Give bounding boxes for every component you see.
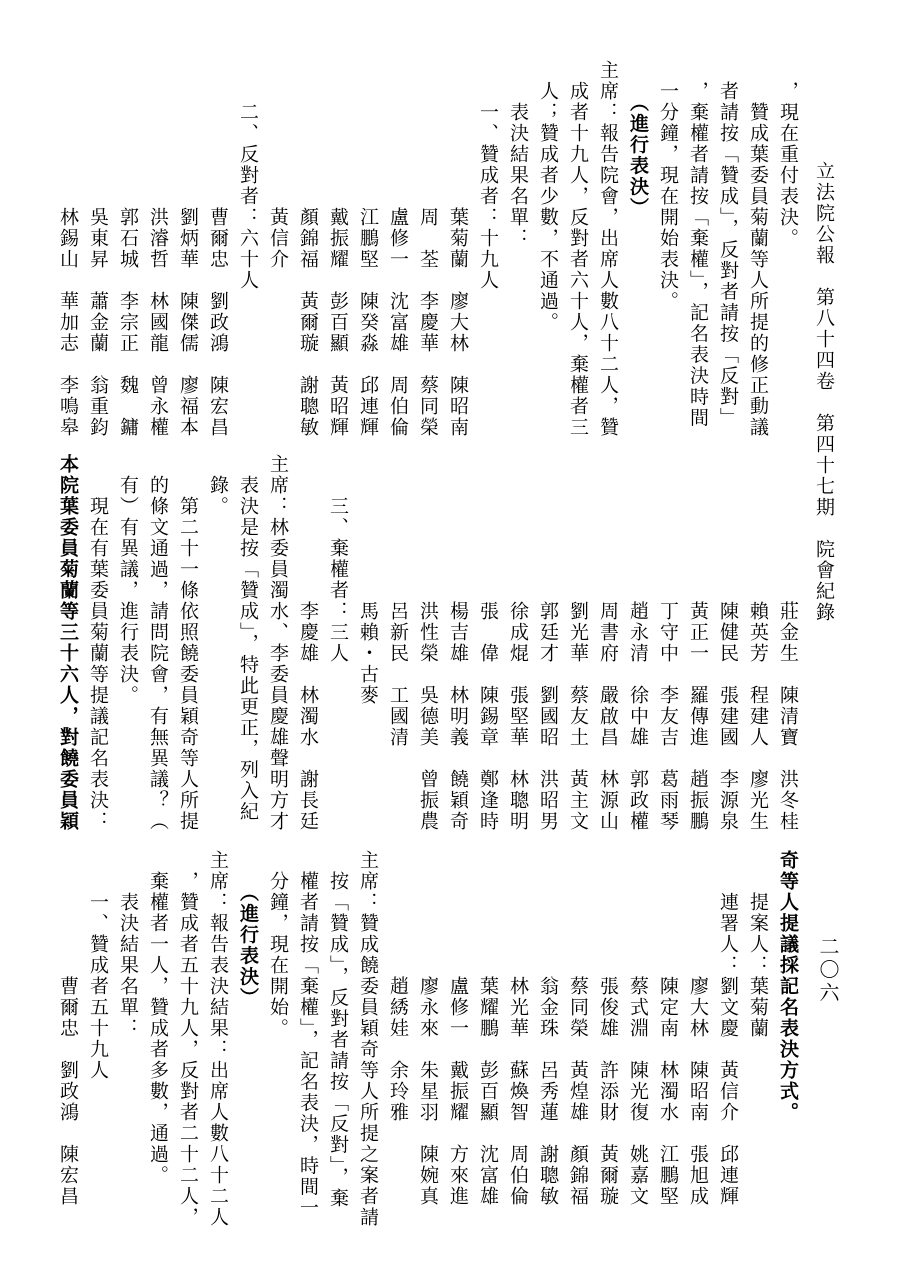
text-column: 洪性榮 吳德美 曾振農: [412, 454, 442, 836]
text-column: 者請按「贊成」，反對者請按「反對」: [712, 60, 742, 442]
text-column: 盧修一 沈富雄 周伯倫: [382, 60, 412, 442]
text-column: 分鐘，現在開始。: [262, 850, 292, 1232]
text-column: 連署人：劉文慶 黃信介 邱連輝: [712, 850, 742, 1232]
text-column: 張 偉 陳錫章 鄭逢時: [472, 454, 502, 836]
text-column-bold: 本院葉委員菊蘭等三十六人，對饒委員穎: [52, 454, 82, 836]
text-column: 三、棄權者：三人: [322, 454, 352, 836]
text-column: 人；贊成者少數，不通過。: [532, 60, 562, 442]
text-column: 洪濬哲 林國龍 曾永權: [142, 60, 172, 442]
text-column: 黃信介: [262, 60, 292, 442]
text-column: 表決結果名單：: [112, 850, 142, 1232]
text-column: 盧修一 戴振耀 方來進: [442, 850, 472, 1232]
text-column: 廖大林 陳昭南 張旭成: [682, 850, 712, 1232]
text-column-bold: （進行表決）: [622, 60, 652, 442]
text-column: 丁守中 李友吉 葛雨琴: [652, 454, 682, 836]
text-column: 莊金生 陳清寶 洪冬桂: [772, 454, 802, 836]
text-column: 馬賴・古麥: [352, 454, 382, 836]
text-band-bottom: 奇等人提議採記名表決方式。 提案人：葉菊蘭 連署人：劉文慶 黃信介 邱連輝 廖大…: [50, 850, 802, 1236]
text-column: 表決結果名單：: [502, 60, 532, 442]
text-column: 翁金珠 呂秀蓮 謝聰敏: [532, 850, 562, 1232]
text-column: 主席：林委員濁水、李委員慶雄聲明方才: [262, 454, 292, 836]
text-column-bold: 奇等人提議採記名表決方式。: [772, 850, 802, 1232]
text-column: ，贊成者五十九人，反對者二十二人，: [172, 850, 202, 1232]
gazette-scanned-page: 立法院公報 第八十四卷 第四十七期 院會紀錄 二〇六 ，現在重付表決。 贊成葉委…: [0, 0, 908, 1280]
text-column: 林錫山 華加志 李鳴皋: [52, 60, 82, 442]
text-column: 呂新民 工國清: [382, 454, 412, 836]
text-column: 曹爾忠 劉政鴻 陳宏昌: [202, 60, 232, 442]
text-column: 棄權者一人，贊成者多數，通過。: [142, 850, 172, 1232]
text-column: 主席：報告表決結果：出席人數八十二人: [202, 850, 232, 1232]
text-column: 葉菊蘭 廖大林 陳昭南: [442, 60, 472, 442]
text-column: 吳東昇 蕭金蘭 翁重鈞: [82, 60, 112, 442]
text-column: 郭廷才 劉國昭 洪昭男: [532, 454, 562, 836]
text-column: 按「贊成」，反對者請按「反對」，棄: [322, 850, 352, 1232]
text-column: 一分鐘，現在開始表決。: [652, 60, 682, 442]
text-column: 主席：贊成饒委員穎奇等人所提之案者請: [352, 850, 382, 1232]
text-column: 成者十九人，反對者六十人，棄權者三: [562, 60, 592, 442]
text-column: 徐成焜 張堅華 林聰明: [502, 454, 532, 836]
text-column: 的條文通過，請問院會，有無異議？（: [142, 454, 172, 836]
text-column: 郭石城 李宗正 魏 鏞: [112, 60, 142, 442]
text-column: 顏錦福 黃爾璇 謝聰敏: [292, 60, 322, 442]
text-column: 主席：報告院會，出席人數八十二人，贊: [592, 60, 622, 442]
text-column: 戴振耀 彭百顯 黃昭輝: [322, 60, 352, 442]
text-column: 第二十一條依照饒委員穎奇等人所提: [172, 454, 202, 836]
text-column: 陳定南 林濁水 江鵬堅: [652, 850, 682, 1232]
text-band-middle: 莊金生 陳清寶 洪冬桂 賴英芳 程建人 廖光生 陳健民 張建國 李源泉 黃正一 …: [50, 454, 802, 840]
text-column: 二、反對者：六十人: [232, 60, 262, 442]
page-number: 二〇六: [808, 936, 842, 1005]
text-column: 劉光華 蔡友土 黃主文: [562, 454, 592, 836]
text-column: 現在有葉委員菊蘭等提議記名表決：: [82, 454, 112, 836]
text-column: 陳健民 張建國 李源泉: [712, 454, 742, 836]
text-column: 周書府 嚴啟昌 林源山: [592, 454, 622, 836]
text-column: 有）有異議，進行表決。: [112, 454, 142, 836]
text-column: ，棄權者請按「棄權」，記名表決時間: [682, 60, 712, 442]
text-column: ，現在重付表決。: [772, 60, 802, 442]
text-column: 張俊雄 許添財 黃爾璇: [592, 850, 622, 1232]
text-column: 趙永清 徐中雄 郭政權: [622, 454, 652, 836]
text-column: 提案人：葉菊蘭: [742, 850, 772, 1232]
text-column: 趙綉娃 余玲雅: [382, 850, 412, 1232]
text-column: 賴英芳 程建人 廖光生: [742, 454, 772, 836]
text-column: 黃正一 羅傳進 趙振鵬: [682, 454, 712, 836]
text-column: 一、贊成者五十九人: [82, 850, 112, 1232]
text-column: 林光華 蘇煥智 周伯倫: [502, 850, 532, 1232]
text-column: 蔡式淵 陳光復 姚嘉文: [622, 850, 652, 1232]
text-column: 贊成葉委員菊蘭等人所提的修正動議: [742, 60, 772, 442]
text-column: 李慶雄 林濁水 謝長廷: [292, 454, 322, 836]
text-column: 表決是按「贊成」，特此更正，列入紀: [232, 454, 262, 836]
text-column: 廖永來 朱星羽 陳婉真: [412, 850, 442, 1232]
gazette-header-title: 立法院公報 第八十四卷 第四十七期 院會紀錄: [804, 161, 838, 623]
text-band-top: ，現在重付表決。 贊成葉委員菊蘭等人所提的修正動議 者請按「贊成」，反對者請按「…: [50, 60, 802, 446]
text-column: 曹爾忠 劉政鴻 陳宏昌: [52, 850, 82, 1232]
text-column-bold: （進行表決）: [232, 850, 262, 1232]
text-column: 江鵬堅 陳癸淼 邱連輝: [352, 60, 382, 442]
text-column: 葉耀鵬 彭百顯 沈富雄: [472, 850, 502, 1232]
text-column: 一、贊成者：十九人: [472, 60, 502, 442]
text-column: 錄。: [202, 454, 232, 836]
text-column: 權者請按「棄權」，記名表決，時間一: [292, 850, 322, 1232]
text-column: 周 荃 李慶華 蔡同榮: [412, 60, 442, 442]
text-column: 劉炳華 陳傑儒 廖福本: [172, 60, 202, 442]
text-column: 蔡同榮 黃煌雄 顏錦福: [562, 850, 592, 1232]
text-column: 楊吉雄 林明義 饒穎奇: [442, 454, 472, 836]
